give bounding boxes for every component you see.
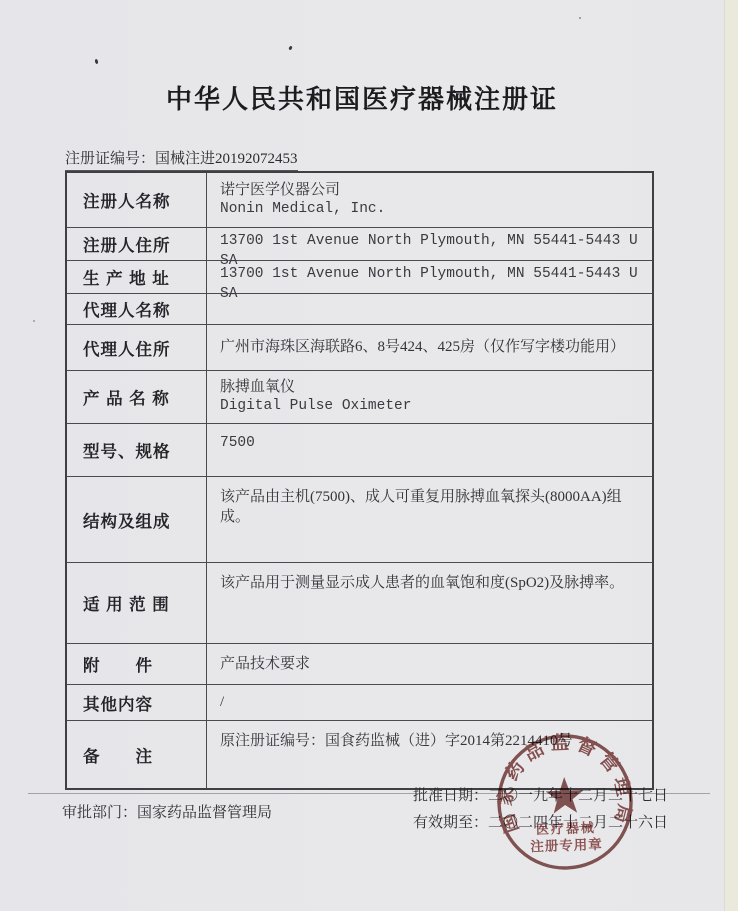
certificate-number-line: 注册证编号：国械注进20192072453: [65, 147, 298, 171]
value-line: Digital Pulse Oximeter: [220, 397, 638, 417]
row-value: 脉搏血氧仪 Digital Pulse Oximeter: [207, 371, 652, 423]
value-line: /: [220, 692, 638, 712]
table-row-intended-use: 适 用 范 围 该产品用于测量显示成人患者的血氧饱和度(SpO2)及脉搏率。: [67, 562, 652, 643]
certificate-number-label: 注册证编号：: [65, 151, 155, 167]
row-label: 生 产 地 址: [67, 261, 207, 293]
value-line: 7500: [220, 434, 638, 454]
official-seal-stamp: 国家药品监督管理局 医疗器械 注册专用章: [487, 724, 642, 879]
table-row-agent-address: 代理人住所 广州市海珠区海联路6、8号424、425房（仅作写字楼功能用）: [67, 324, 652, 370]
table-row-registrant-address: 注册人住所 13700 1st Avenue North Plymouth, M…: [67, 227, 652, 260]
seal-subtitle-line1: 医疗器械: [536, 820, 597, 837]
certificate-page: 中华人民共和国医疗器械注册证 注册证编号：国械注进20192072453 注册人…: [0, 0, 738, 911]
value-line: 13700 1st Avenue North Plymouth, MN 5544…: [220, 265, 638, 289]
value-line: Nonin Medical, Inc.: [220, 200, 638, 220]
value-line: 脉搏血氧仪: [220, 377, 638, 397]
scan-edge-strip: [724, 0, 738, 911]
row-value: 产品技术要求: [207, 644, 652, 684]
row-value: [207, 294, 652, 324]
row-value: 7500: [207, 424, 652, 476]
value-line: 广州市海珠区海联路6、8号424、425房（仅作写字楼功能用）: [220, 337, 638, 357]
row-value: 该产品由主机(7500)、成人可重复用脉搏血氧探头(8000AA)组成。: [207, 477, 652, 562]
table-row-structure-composition: 结构及组成 该产品由主机(7500)、成人可重复用脉搏血氧探头(8000AA)组…: [67, 476, 652, 562]
seal-subtitle-line2: 注册专用章: [530, 836, 603, 855]
row-label: 适 用 范 围: [67, 563, 207, 643]
row-label: 代理人住所: [67, 325, 207, 370]
row-value: 13700 1st Avenue North Plymouth, MN 5544…: [207, 228, 652, 260]
row-value: /: [207, 685, 652, 720]
table-row-product-name: 产 品 名 称 脉搏血氧仪 Digital Pulse Oximeter: [67, 370, 652, 423]
value-line: 产品技术要求: [220, 654, 638, 674]
certificate-table: 注册人名称 诺宁医学仪器公司 Nonin Medical, Inc. 注册人住所…: [65, 171, 654, 790]
scan-speck: [33, 320, 35, 322]
value-line: 13700 1st Avenue North Plymouth, MN 5544…: [220, 232, 638, 256]
row-label: 产 品 名 称: [67, 371, 207, 423]
value-line: 该产品由主机(7500)、成人可重复用脉搏血氧探头(8000AA)组成。: [220, 487, 638, 528]
table-row-agent-name: 代理人名称: [67, 293, 652, 324]
row-label: 其他内容: [67, 685, 207, 720]
certificate-number-value: 国械注进20192072453: [155, 151, 298, 167]
row-label: 代理人名称: [67, 294, 207, 324]
row-label: 注册人住所: [67, 228, 207, 260]
row-label: 型号、规格: [67, 424, 207, 476]
row-value: 诺宁医学仪器公司 Nonin Medical, Inc.: [207, 173, 652, 227]
value-line: 该产品用于测量显示成人患者的血氧饱和度(SpO2)及脉搏率。: [220, 573, 638, 593]
scan-speck: [288, 46, 292, 51]
approval-department-label: 审批部门：: [62, 805, 137, 821]
approval-department-line: 审批部门：国家药品监督管理局: [62, 801, 272, 822]
valid-until-label: 有效期至：: [413, 815, 488, 831]
scan-speck: [94, 59, 98, 65]
table-row-registrant-name: 注册人名称 诺宁医学仪器公司 Nonin Medical, Inc.: [67, 173, 652, 227]
table-row-other-content: 其他内容 /: [67, 684, 652, 720]
approval-date-label: 批准日期：: [413, 788, 488, 804]
row-value: 广州市海珠区海联路6、8号424、425房（仅作写字楼功能用）: [207, 325, 652, 370]
row-label: 结构及组成: [67, 477, 207, 562]
row-value: 该产品用于测量显示成人患者的血氧饱和度(SpO2)及脉搏率。: [207, 563, 652, 643]
row-label: 注册人名称: [67, 173, 207, 227]
approval-department-value: 国家药品监督管理局: [137, 805, 272, 821]
value-line: 诺宁医学仪器公司: [220, 180, 638, 200]
seal-star-icon: [545, 776, 584, 814]
table-row-production-address: 生 产 地 址 13700 1st Avenue North Plymouth,…: [67, 260, 652, 293]
row-value: 13700 1st Avenue North Plymouth, MN 5544…: [207, 261, 652, 293]
scan-speck: [579, 17, 581, 19]
row-label: 附 件: [67, 644, 207, 684]
table-row-attachment: 附 件 产品技术要求: [67, 643, 652, 684]
table-row-model-spec: 型号、规格 7500: [67, 423, 652, 476]
row-label: 备 注: [67, 721, 207, 788]
certificate-title: 中华人民共和国医疗器械注册证: [0, 79, 724, 116]
